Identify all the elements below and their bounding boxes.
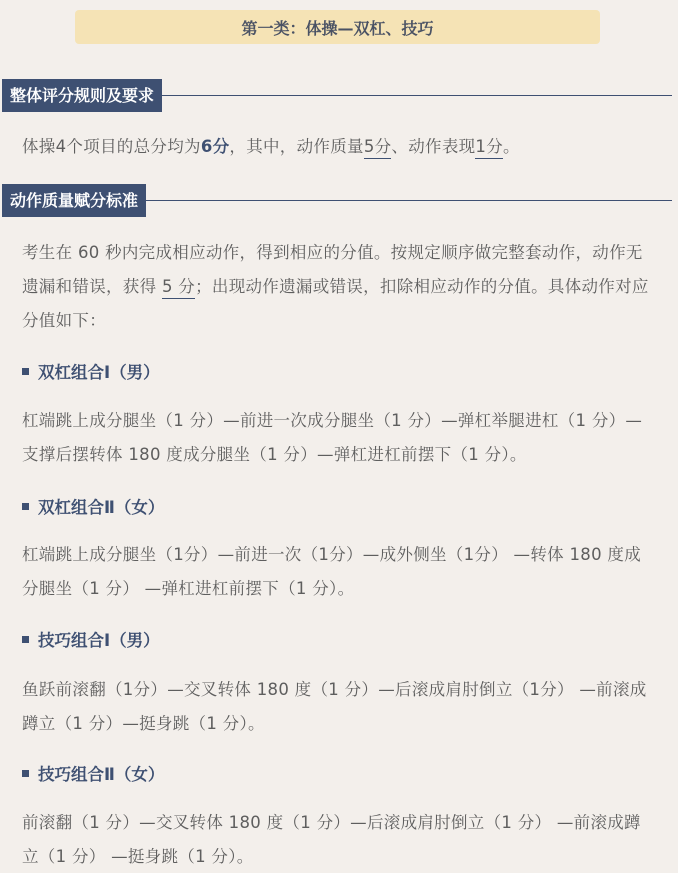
- section-heading-overall-rules: 整体评分规则及要求: [2, 79, 672, 112]
- quality-score: 5分: [364, 137, 392, 159]
- overall-rules-paragraph: 体操4个项目的总分均为6分，其中，动作质量5分、动作表现1分。: [22, 130, 654, 164]
- section-heading-quality-standard: 动作质量赋分标准: [2, 184, 672, 217]
- divider: [162, 95, 672, 96]
- section-heading-label: 整体评分规则及要求: [2, 79, 162, 112]
- square-bullet-icon: [22, 368, 29, 375]
- item-description: 鱼跃前滚翻（1分）—交叉转体 180 度（1 分）—后滚成肩肘倒立（1分） —前…: [22, 673, 654, 741]
- full-score: 5 分: [162, 277, 195, 299]
- divider: [146, 200, 672, 201]
- item-heading: 技巧组合Ⅰ（男）: [22, 627, 160, 651]
- item-heading: 双杠组合Ⅱ（女）: [22, 494, 164, 518]
- section-heading-label: 动作质量赋分标准: [2, 184, 146, 217]
- page-title: 第一类：体操—双杠、技巧: [241, 16, 433, 39]
- performance-score: 1分: [475, 137, 503, 159]
- item-description: 杠端跳上成分腿坐（1 分）—前进一次成分腿坐（1 分）—弹杠举腿进杠（1 分）—…: [22, 404, 654, 472]
- item-heading: 双杠组合Ⅰ（男）: [22, 359, 160, 383]
- page-title-banner: 第一类：体操—双杠、技巧: [75, 10, 600, 44]
- total-score: 6分: [201, 137, 230, 156]
- item-description: 前滚翻（1 分）—交叉转体 180 度（1 分）—后滚成肩肘倒立（1 分） —前…: [22, 806, 654, 873]
- square-bullet-icon: [22, 770, 29, 777]
- square-bullet-icon: [22, 636, 29, 643]
- item-description: 杠端跳上成分腿坐（1分）—前进一次（1分）—成外侧坐（1分） —转体 180 度…: [22, 538, 654, 606]
- item-heading: 技巧组合Ⅱ（女）: [22, 761, 164, 785]
- square-bullet-icon: [22, 503, 29, 510]
- quality-standard-paragraph: 考生在 60 秒内完成相应动作，得到相应的分值。按规定顺序做完整套动作，动作无遗…: [22, 236, 654, 338]
